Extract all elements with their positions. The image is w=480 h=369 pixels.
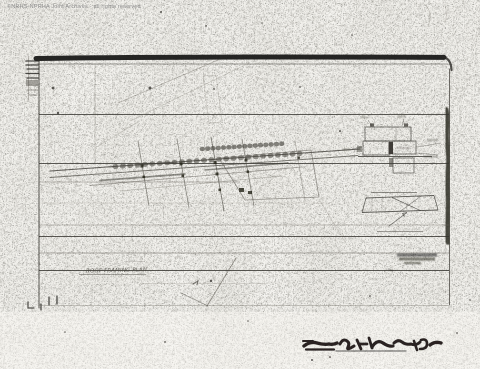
drawing-canvas: ROOF FRAMING PLAN bbox=[0, 0, 480, 369]
scanned-drawing-page: ©NRHS-NPRHA Joint Archives - all rights … bbox=[0, 0, 480, 369]
watermark-copyright: ©NRHS-NPRHA Joint Archives - all rights … bbox=[7, 4, 141, 10]
plan-title-label: ROOF FRAMING PLAN bbox=[86, 267, 147, 274]
